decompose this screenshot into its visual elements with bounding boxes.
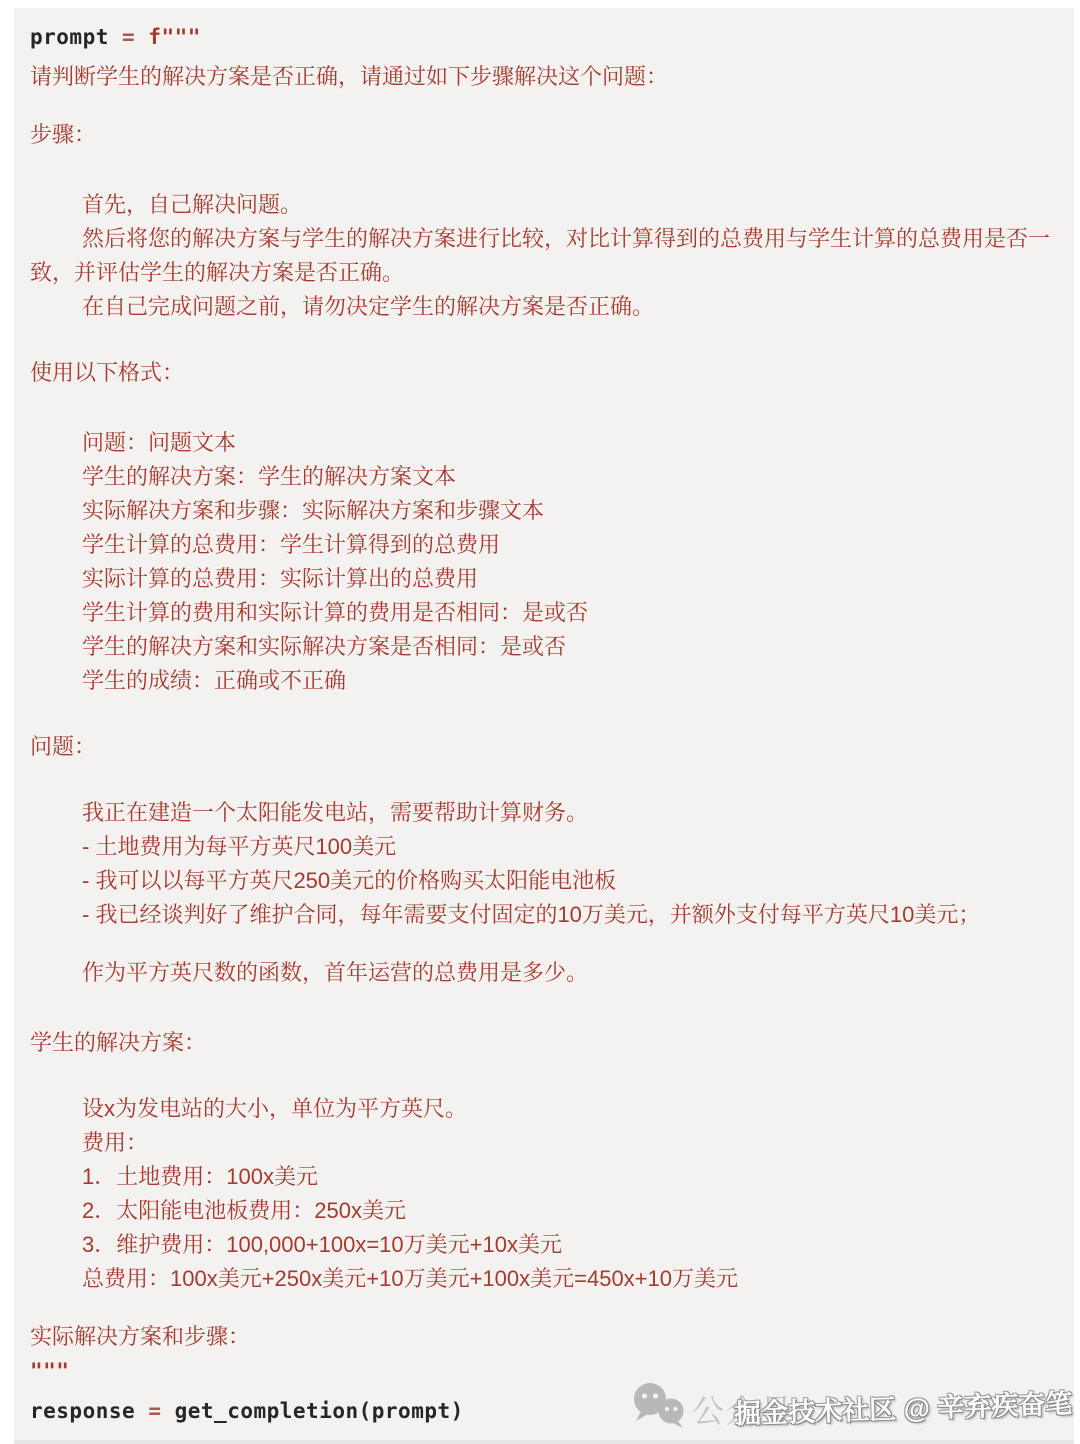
question-intro: 我正在建造一个太阳能发电站，需要帮助计算财务。: [30, 796, 1062, 830]
step-2: 然后将您的解决方案与学生的解决方案进行比较，对比计算得到的总费用与学生计算的总费…: [30, 222, 1062, 290]
prompt-intro: 请判断学生的解决方案是否正确，请通过如下步骤解决这个问题：: [30, 60, 1062, 94]
code-fstring-close-line: """: [30, 1354, 1062, 1388]
question-heading: 问题：: [30, 730, 1062, 764]
code-assign-operator: =: [122, 25, 135, 49]
prompt-code-block: prompt = f""" 请判断学生的解决方案是否正确，请通过如下步骤解决这个…: [14, 8, 1074, 1444]
question-ask: 作为平方英尺数的函数，首年运营的总费用是多少。: [30, 956, 1062, 990]
student-line: 2．太阳能电池板费用：250x美元: [30, 1194, 1062, 1228]
student-line: 3．维护费用：100,000+100x=10万美元+10x美元: [30, 1228, 1062, 1262]
question-bullet: - 我可以以每平方英尺250美元的价格购买太阳能电池板: [30, 864, 1062, 898]
code-fstring-close: """: [30, 1359, 69, 1383]
student-line: 1．土地费用：100x美元: [30, 1160, 1062, 1194]
student-line: 总费用：100x美元+250x美元+10万美元+100x美元=450x+10万美…: [30, 1262, 1062, 1296]
code-call-get-completion: get_completion(prompt): [175, 1399, 464, 1423]
article-page: prompt = f""" 请判断学生的解决方案是否正确，请通过如下步骤解决这个…: [0, 0, 1080, 1444]
student-solution-block: 设x为发电站的大小，单位为平方英尺。 费用： 1．土地费用：100x美元 2．太…: [30, 1092, 1062, 1296]
question-bullet: - 土地费用为每平方英尺100美元: [30, 830, 1062, 864]
step-3: 在自己完成问题之前，请勿决定学生的解决方案是否正确。: [30, 290, 1062, 324]
question-bullet: - 我已经谈判好了维护合同，每年需要支付固定的10万美元，并额外支付每平方英尺1…: [30, 898, 1062, 932]
format-line: 问题：问题文本: [30, 426, 1062, 460]
format-line: 学生的解决方案：学生的解决方案文本: [30, 460, 1062, 494]
steps-heading: 步骤：: [30, 118, 1062, 152]
code-variable-response: response: [30, 1399, 135, 1423]
format-line: 学生的成绩：正确或不正确: [30, 664, 1062, 698]
format-line: 学生的解决方案和实际解决方案是否相同：是或否: [30, 630, 1062, 664]
code-fstring-open: f""": [148, 25, 201, 49]
actual-solution-heading: 实际解决方案和步骤：: [30, 1320, 1062, 1354]
student-line: 费用：: [30, 1126, 1062, 1160]
format-block: 问题：问题文本 学生的解决方案：学生的解决方案文本 实际解决方案和步骤：实际解决…: [30, 426, 1062, 698]
student-line: 设x为发电站的大小，单位为平方英尺。: [30, 1092, 1062, 1126]
format-line: 实际解决方案和步骤：实际解决方案和步骤文本: [30, 494, 1062, 528]
code-assign-operator: =: [148, 1399, 161, 1423]
student-solution-heading: 学生的解决方案：: [30, 1026, 1062, 1060]
format-line: 学生计算的总费用：学生计算得到的总费用: [30, 528, 1062, 562]
format-heading: 使用以下格式：: [30, 356, 1062, 390]
bottom-divider: [14, 1440, 1074, 1444]
format-line: 实际计算的总费用：实际计算出的总费用: [30, 562, 1062, 596]
code-variable-prompt: prompt: [30, 25, 109, 49]
format-line: 学生计算的费用和实际计算的费用是否相同：是或否: [30, 596, 1062, 630]
step-1: 首先，自己解决问题。: [30, 188, 1062, 222]
code-line-response: response = get_completion(prompt): [30, 1394, 1062, 1428]
code-line-prompt-assign: prompt = f""": [30, 20, 1062, 54]
